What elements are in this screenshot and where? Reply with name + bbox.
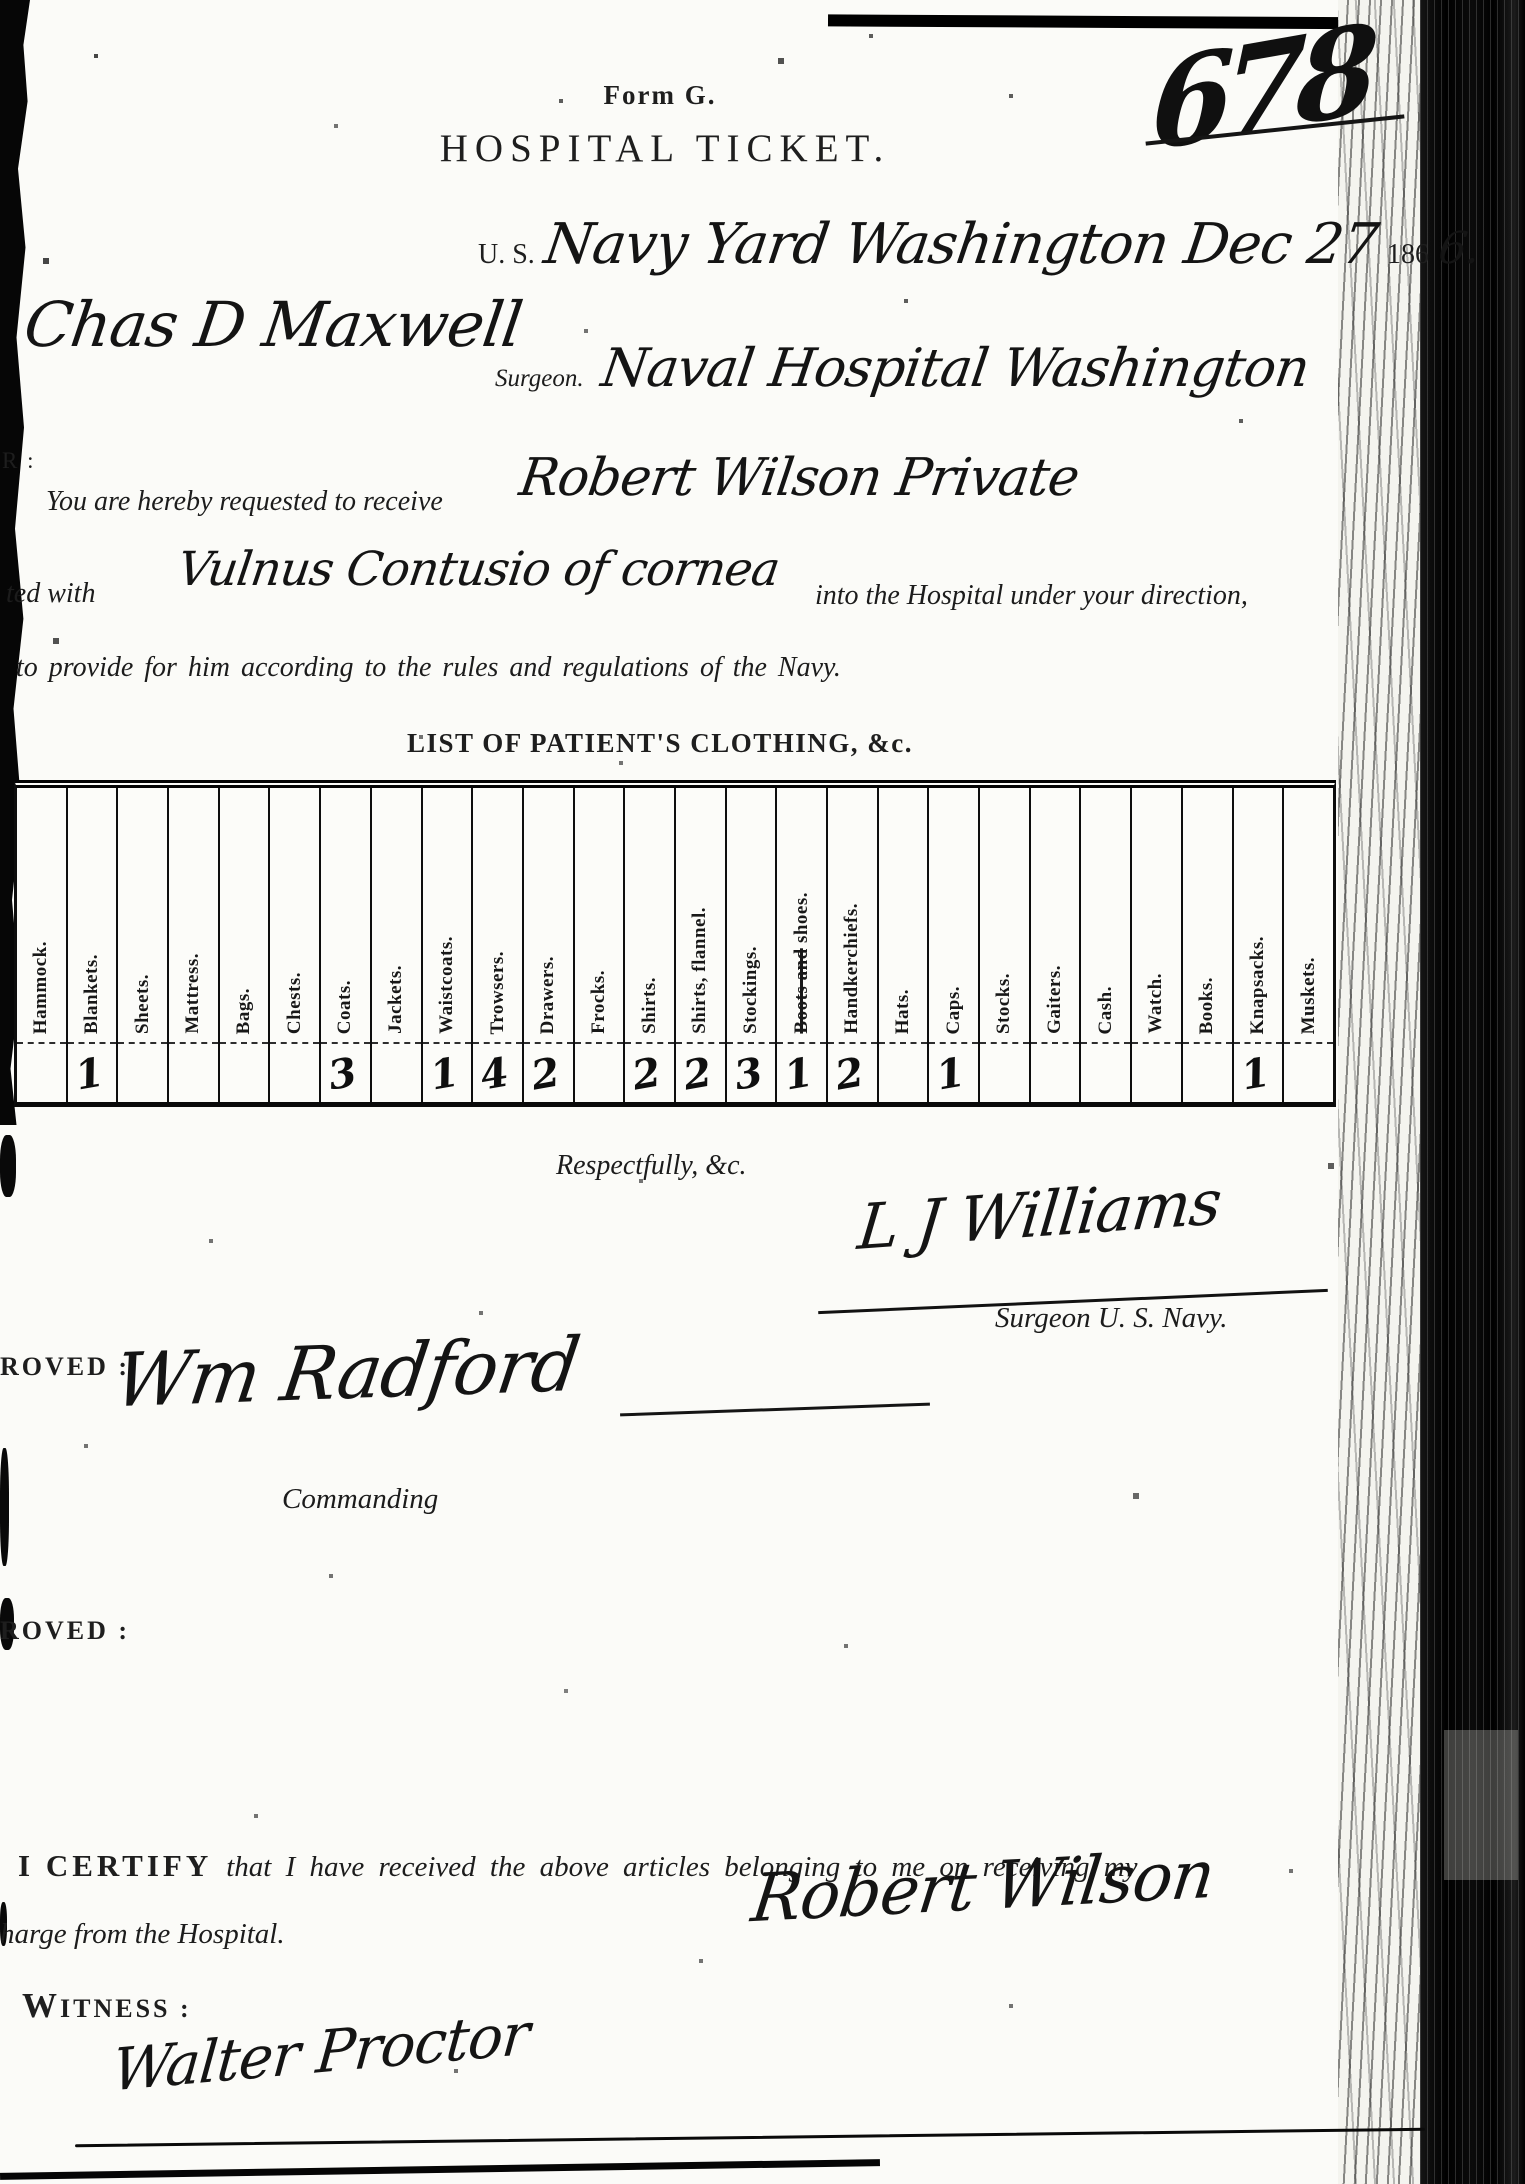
column-value bbox=[9, 1041, 67, 1107]
clothing-column-header: Trowsers. bbox=[473, 788, 522, 1044]
clothing-column: Waistcoats. 1 bbox=[421, 788, 472, 1102]
dateline: U. S. Navy Yard Washington Dec 27 186 6. bbox=[478, 212, 1479, 277]
column-label: Caps. bbox=[943, 986, 965, 1034]
column-value: 1 bbox=[922, 1041, 980, 1107]
column-value: 1 bbox=[1226, 1041, 1284, 1107]
clothing-column-header: Knapsacks. bbox=[1234, 788, 1283, 1044]
request-line-printed: You are hereby requested to receive bbox=[46, 486, 443, 518]
column-value: 2 bbox=[668, 1041, 726, 1107]
column-label: Waistcoats. bbox=[436, 936, 458, 1034]
clothing-column: Muskets. bbox=[1282, 788, 1333, 1102]
patient-name-handwritten: Robert Wilson Private bbox=[516, 448, 1083, 508]
clothing-column-header: Drawers. bbox=[524, 788, 573, 1044]
column-value: 2 bbox=[516, 1041, 574, 1107]
scan-bottom-line bbox=[75, 2128, 1425, 2147]
clothing-column: Frocks. bbox=[573, 788, 624, 1102]
column-label: Stockings. bbox=[740, 946, 762, 1034]
clothing-column: Chests. bbox=[268, 788, 319, 1102]
commanding-title-printed: Commanding bbox=[282, 1483, 438, 1516]
column-value bbox=[161, 1041, 219, 1107]
clothing-column-header: Jackets. bbox=[372, 788, 421, 1044]
clothing-column-header: Bags. bbox=[220, 788, 269, 1044]
clothing-column-header: Stocks. bbox=[980, 788, 1029, 1044]
signature-flourish-line bbox=[620, 1403, 930, 1417]
clothing-column: Watch. bbox=[1130, 788, 1181, 1102]
column-label: Handkerchiefs. bbox=[841, 903, 863, 1034]
column-value: 1 bbox=[415, 1041, 473, 1107]
clothing-column-header: Coats. bbox=[321, 788, 370, 1044]
provide-line-printed: to provide for him according to the rule… bbox=[16, 652, 841, 684]
column-label: Blankets. bbox=[81, 954, 103, 1034]
scan-bottom-edge bbox=[0, 2159, 880, 2180]
respectfully-line: Respectfully, &c. bbox=[556, 1150, 747, 1182]
column-label: Coats. bbox=[334, 980, 356, 1034]
clothing-column-header: Cash. bbox=[1081, 788, 1130, 1044]
surgeon-label: Surgeon. bbox=[495, 365, 584, 393]
clothing-column-header: Shirts, flannel. bbox=[676, 788, 725, 1044]
dateline-handwritten: Navy Yard Washington Dec 27 bbox=[540, 212, 1381, 277]
column-label: Jackets. bbox=[385, 965, 407, 1034]
scan-blob bbox=[0, 1448, 9, 1566]
book-spine-highlight bbox=[1444, 1730, 1518, 1880]
column-label: Gaiters. bbox=[1044, 965, 1066, 1034]
affliction-suffix-printed: into the Hospital under your direction, bbox=[815, 580, 1248, 612]
column-value: 1 bbox=[770, 1041, 828, 1107]
clothing-column: Knapsacks. 1 bbox=[1232, 788, 1283, 1102]
clothing-column-header: Shirts. bbox=[625, 788, 674, 1044]
column-label: Frocks. bbox=[588, 970, 610, 1034]
clothing-column: Stockings. 3 bbox=[725, 788, 776, 1102]
column-value bbox=[567, 1041, 625, 1107]
clothing-column-header: Blankets. bbox=[68, 788, 117, 1044]
clothing-list-title: LIST OF PATIENT'S CLOTHING, &c. bbox=[0, 728, 1320, 759]
column-label: Shirts, flannel. bbox=[689, 907, 711, 1034]
clothing-column: Trowsers. 4 bbox=[471, 788, 522, 1102]
diagnosis-handwritten: Vulnus Contusio of cornea bbox=[174, 542, 782, 597]
clothing-column-header: Chests. bbox=[270, 788, 319, 1044]
column-value: 2 bbox=[820, 1041, 878, 1107]
clothing-column-header: Handkerchiefs. bbox=[828, 788, 877, 1044]
affliction-prefix-fragment: ted with bbox=[6, 578, 95, 610]
approved-label-2: ROVED : bbox=[0, 1616, 130, 1646]
column-label: Watch. bbox=[1145, 973, 1167, 1034]
clothing-column: Boots and shoes. 1 bbox=[775, 788, 826, 1102]
surgeon-signature-handwritten: L J Williams bbox=[855, 1165, 1225, 1264]
form-label: Form G. bbox=[0, 80, 1320, 111]
surgeon-line: Surgeon. Naval Hospital Washington bbox=[495, 338, 1308, 399]
column-label: Knapsacks. bbox=[1247, 936, 1269, 1034]
clothing-column: Caps. 1 bbox=[927, 788, 978, 1102]
approved-label-1: ROVED : bbox=[0, 1352, 130, 1382]
clothing-column-header: Sheets. bbox=[118, 788, 167, 1044]
clothing-column: Shirts. 2 bbox=[623, 788, 674, 1102]
salutation-fragment: R : bbox=[2, 448, 35, 474]
clothing-column: Bags. bbox=[218, 788, 269, 1102]
dateline-printed-year: 186 bbox=[1387, 239, 1429, 271]
clothing-column-header: Hammock. bbox=[17, 788, 66, 1044]
commander-signature-handwritten: Wm Radford bbox=[109, 1322, 584, 1425]
scan-blob bbox=[0, 1135, 16, 1197]
clothing-column-header: Waistcoats. bbox=[423, 788, 472, 1044]
column-value bbox=[972, 1041, 1030, 1107]
surgeon-name-handwritten: Chas D Maxwell bbox=[20, 288, 526, 361]
column-value bbox=[1074, 1041, 1132, 1107]
column-value bbox=[364, 1041, 422, 1107]
column-label: Books. bbox=[1196, 977, 1218, 1034]
column-value bbox=[871, 1041, 929, 1107]
column-value: 2 bbox=[618, 1041, 676, 1107]
column-label: Mattress. bbox=[182, 953, 204, 1034]
column-label: Boots and shoes. bbox=[791, 892, 813, 1034]
clothing-column: Hammock. bbox=[17, 788, 66, 1102]
clothing-column-header: Gaiters. bbox=[1031, 788, 1080, 1044]
column-label: Drawers. bbox=[537, 956, 559, 1034]
clothing-column: Stocks. bbox=[978, 788, 1029, 1102]
hospital-name-handwritten: Naval Hospital Washington bbox=[597, 338, 1312, 399]
certify-prefix: I CERTIFY bbox=[18, 1848, 212, 1884]
column-label: Chests. bbox=[284, 972, 306, 1034]
clothing-column: Shirts, flannel. 2 bbox=[674, 788, 725, 1102]
clothing-column: Mattress. bbox=[167, 788, 218, 1102]
column-label: Bags. bbox=[233, 988, 255, 1034]
clothing-column-header: Watch. bbox=[1132, 788, 1181, 1044]
clothing-column-header: Caps. bbox=[929, 788, 978, 1044]
column-value bbox=[1277, 1041, 1335, 1107]
column-label: Sheets. bbox=[132, 974, 154, 1034]
clothing-column: Gaiters. bbox=[1029, 788, 1080, 1102]
column-value bbox=[263, 1041, 321, 1107]
clothing-table: Hammock. Blankets. 1 Sheets. Mattress. B… bbox=[14, 780, 1336, 1107]
clothing-column-header: Boots and shoes. bbox=[777, 788, 826, 1044]
clothing-column: Books. bbox=[1181, 788, 1232, 1102]
clothing-column: Handkerchiefs. 2 bbox=[826, 788, 877, 1102]
column-value bbox=[1023, 1041, 1081, 1107]
page-title: HOSPITAL TICKET. bbox=[0, 126, 1330, 171]
scan-speckles bbox=[0, 0, 2, 2]
column-value: 3 bbox=[719, 1041, 777, 1107]
clothing-column: Hats. bbox=[877, 788, 928, 1102]
column-value: 1 bbox=[60, 1041, 118, 1107]
dateline-printed-prefix: U. S. bbox=[478, 239, 535, 271]
clothing-column: Blankets. 1 bbox=[66, 788, 117, 1102]
column-label: Cash. bbox=[1095, 986, 1117, 1034]
column-label: Muskets. bbox=[1298, 957, 1320, 1034]
column-label: Trowsers. bbox=[487, 951, 509, 1034]
column-value bbox=[1175, 1041, 1233, 1107]
clothing-column: Cash. bbox=[1079, 788, 1130, 1102]
column-value bbox=[212, 1041, 270, 1107]
clothing-column: Sheets. bbox=[116, 788, 167, 1102]
column-label: Hammock. bbox=[30, 941, 52, 1034]
witness-label: WITNESS : bbox=[22, 1986, 192, 2026]
column-value bbox=[1125, 1041, 1183, 1107]
clothing-column-header: Muskets. bbox=[1284, 788, 1333, 1044]
certify-line-2-fragment: harge from the Hospital. bbox=[0, 1918, 285, 1951]
column-label: Stocks. bbox=[993, 973, 1015, 1034]
clothing-column: Coats. 3 bbox=[319, 788, 370, 1102]
clothing-column-header: Stockings. bbox=[727, 788, 776, 1044]
clothing-column: Jackets. bbox=[370, 788, 421, 1102]
clothing-column: Drawers. 2 bbox=[522, 788, 573, 1102]
surgeon-title-printed: Surgeon U. S. Navy. bbox=[995, 1302, 1228, 1335]
hospital-ticket-page: 678 Form G. HOSPITAL TICKET. U. S. Navy … bbox=[0, 0, 1525, 2184]
column-value bbox=[111, 1041, 169, 1107]
clothing-column-header: Mattress. bbox=[169, 788, 218, 1044]
column-label: Shirts. bbox=[639, 977, 661, 1034]
clothing-column-header: Hats. bbox=[879, 788, 928, 1044]
book-page-edge bbox=[1338, 0, 1422, 2184]
clothing-column-header: Frocks. bbox=[575, 788, 624, 1044]
dateline-handwritten-year: 6. bbox=[1435, 223, 1482, 274]
column-label: Hats. bbox=[892, 989, 914, 1034]
column-value: 3 bbox=[314, 1041, 372, 1107]
column-value: 4 bbox=[466, 1041, 524, 1107]
clothing-column-header: Books. bbox=[1183, 788, 1232, 1044]
